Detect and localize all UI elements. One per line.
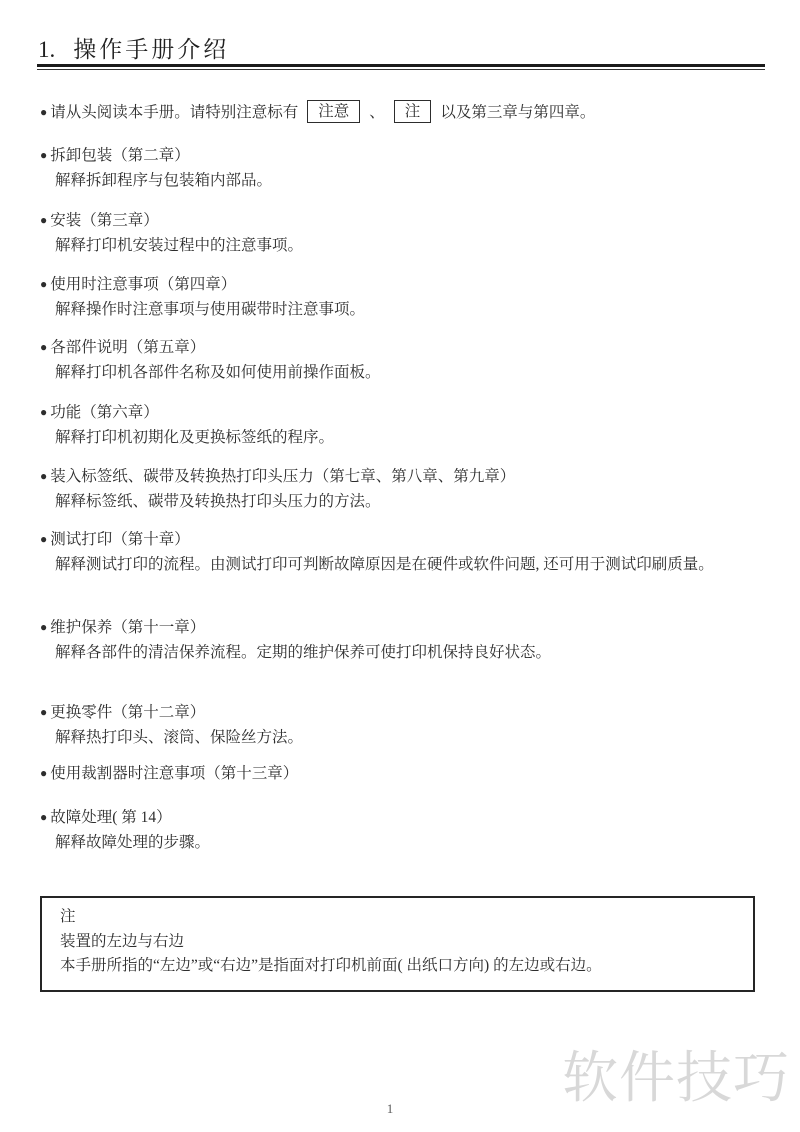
section-heading: ●装入标签纸、碳带及转换热打印头压力（第七章、第八章、第九章）	[40, 464, 776, 489]
bullet-icon: ●	[40, 405, 47, 419]
bullet-icon: ●	[40, 620, 47, 634]
section-title-text: 功能（第六章）	[50, 404, 159, 421]
chapter-number: 1.	[38, 37, 55, 62]
section-title-text: 安装（第三章）	[50, 212, 159, 229]
section-description: 解释测试打印的流程。由测试打印可判断故障原因是在硬件或软件问题, 还可用于测试印…	[55, 553, 776, 577]
title-rule-thin-line	[37, 69, 765, 70]
section-title-text: 维护保养（第十一章）	[50, 619, 205, 636]
section-heading: ●安装（第三章）	[40, 208, 776, 233]
bullet-icon: ●	[40, 705, 47, 719]
intro-text-after: 以及第三章与第四章。	[440, 104, 595, 121]
bullet-icon: ●	[40, 277, 47, 291]
section-description: 解释拆卸程序与包装箱内部品。	[55, 169, 776, 193]
section-title-text: 使用时注意事项（第四章）	[50, 276, 236, 293]
note-box: 注 装置的左边与右边 本手册所指的“左边”或“右边”是指面对打印机前面( 出纸口…	[40, 896, 755, 992]
section-heading: ●各部件说明（第五章）	[40, 335, 776, 360]
section-loading-labels: ●装入标签纸、碳带及转换热打印头压力（第七章、第八章、第九章） 解释标签纸、碳带…	[40, 464, 776, 514]
section-heading: ●测试打印（第十章）	[40, 527, 776, 552]
section-parts-description: ●各部件说明（第五章） 解释打印机各部件名称及如何使用前操作面板。	[40, 335, 776, 385]
section-description: 解释打印机各部件名称及如何使用前操作面板。	[55, 361, 776, 385]
section-heading: ●更换零件（第十二章）	[40, 700, 776, 725]
section-description: 解释各部件的清洁保养流程。定期的维护保养可使打印机保持良好状态。	[55, 641, 776, 665]
section-title-text: 测试打印（第十章）	[50, 531, 190, 548]
intro-separator: 、	[369, 104, 385, 121]
page-title: 1.操作手册介绍	[38, 31, 229, 64]
section-description: 解释故障处理的步骤。	[55, 831, 776, 855]
section-description: 解释打印机安装过程中的注意事项。	[55, 234, 776, 258]
section-parts-replacement: ●更换零件（第十二章） 解释热打印头、滚筒、保险丝方法。	[40, 700, 776, 750]
section-maintenance: ●维护保养（第十一章） 解释各部件的清洁保养流程。定期的维护保养可使打印机保持良…	[40, 615, 776, 665]
bullet-icon: ●	[40, 340, 47, 354]
section-heading: ●拆卸包装（第二章）	[40, 143, 776, 168]
section-title-text: 更换零件（第十二章）	[50, 704, 205, 721]
chapter-title-text: 操作手册介绍	[73, 37, 229, 62]
page-number: 1	[0, 1101, 780, 1117]
bullet-icon: ●	[40, 810, 47, 824]
bullet-icon: ●	[40, 469, 47, 483]
section-title-text: 拆卸包装（第二章）	[50, 147, 190, 164]
section-description: 解释打印机初期化及更换标签纸的程序。	[55, 426, 776, 450]
bullet-icon: ●	[40, 532, 47, 546]
section-heading: ●功能（第六章）	[40, 400, 776, 425]
note-body: 本手册所指的“左边”或“右边”是指面对打印机前面( 出纸口方向) 的左边或右边。	[60, 954, 735, 979]
section-heading: ●使用时注意事项（第四章）	[40, 272, 776, 297]
section-functions: ●功能（第六章） 解释打印机初期化及更换标签纸的程序。	[40, 400, 776, 450]
note-label: 注	[60, 905, 735, 930]
section-cutter-precautions: ●使用裁割器时注意事项（第十三章）	[40, 761, 776, 786]
section-heading: ●故障处理( 第 14）	[40, 805, 776, 830]
section-title-text: 使用裁割器时注意事项（第十三章）	[50, 765, 298, 782]
note-heading: 装置的左边与右边	[60, 930, 735, 955]
intro-paragraph: ●请从头阅读本手册。请特别注意标有注意、注以及第三章与第四章。	[40, 100, 776, 125]
section-description: 解释标签纸、碳带及转换热打印头压力的方法。	[55, 490, 776, 514]
bullet-icon: ●	[40, 766, 47, 780]
bullet-icon: ●	[40, 105, 47, 119]
section-unpacking: ●拆卸包装（第二章） 解释拆卸程序与包装箱内部品。	[40, 143, 776, 193]
section-description: 解释操作时注意事项与使用碳带时注意事项。	[55, 298, 776, 322]
title-rule-thick-line	[37, 64, 765, 67]
section-troubleshooting: ●故障处理( 第 14） 解释故障处理的步骤。	[40, 805, 776, 855]
section-description: 解释热打印头、滚筒、保险丝方法。	[55, 726, 776, 750]
section-test-print: ●测试打印（第十章） 解释测试打印的流程。由测试打印可判断故障原因是在硬件或软件…	[40, 527, 776, 577]
manual-page: 1.操作手册介绍 ●请从头阅读本手册。请特别注意标有注意、注以及第三章与第四章。…	[0, 0, 800, 1132]
intro-text-before: 请从头阅读本手册。请特别注意标有	[50, 104, 298, 121]
section-title-text: 各部件说明（第五章）	[50, 339, 205, 356]
section-heading: ●维护保养（第十一章）	[40, 615, 776, 640]
bullet-icon: ●	[40, 148, 47, 162]
section-usage-precautions: ●使用时注意事项（第四章） 解释操作时注意事项与使用碳带时注意事项。	[40, 272, 776, 322]
bullet-icon: ●	[40, 213, 47, 227]
section-installation: ●安装（第三章） 解释打印机安装过程中的注意事项。	[40, 208, 776, 258]
note-label-box: 注	[394, 100, 432, 123]
caution-label-box: 注意	[307, 100, 360, 123]
section-title-text: 装入标签纸、碳带及转换热打印头压力（第七章、第八章、第九章）	[50, 468, 515, 485]
section-heading: ●使用裁割器时注意事项（第十三章）	[40, 761, 776, 786]
title-rule	[37, 64, 765, 70]
section-title-text: 故障处理( 第 14）	[50, 809, 171, 826]
